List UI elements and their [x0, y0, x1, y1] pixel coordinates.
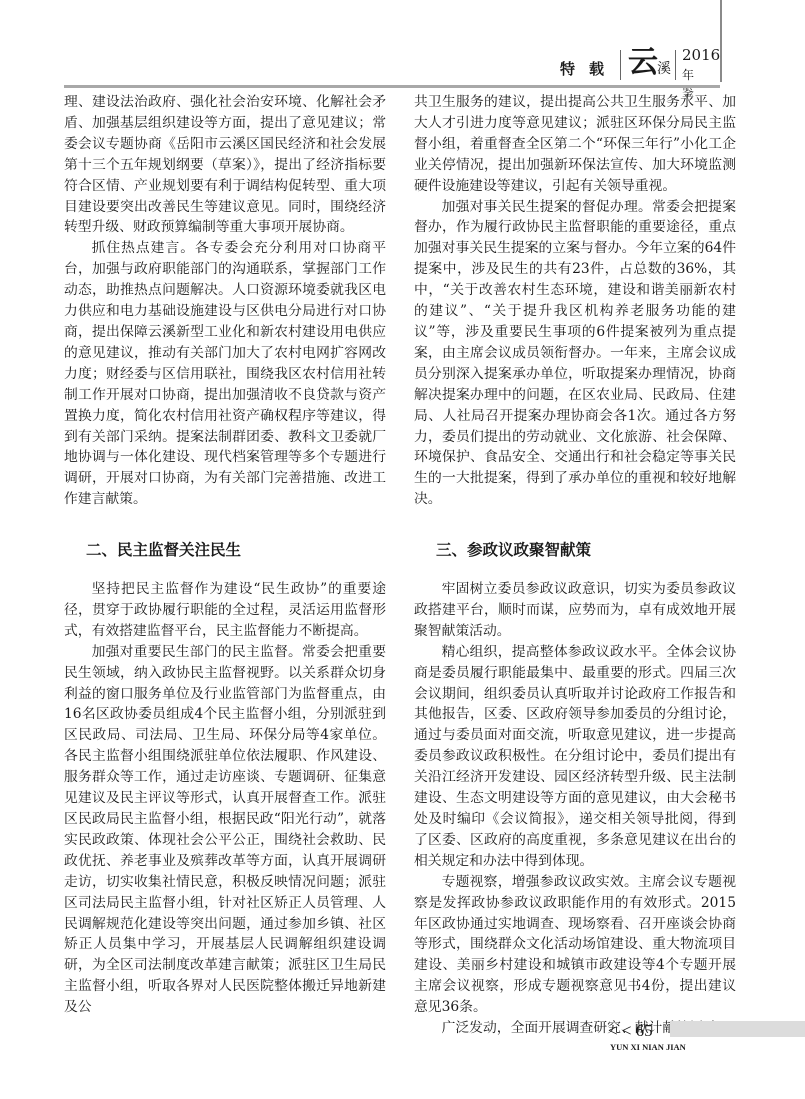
paragraph: 共卫生服务的建议，提出提高公共卫生服务水平、加大人才引进力度等意见建议；派驻区环…	[414, 92, 736, 197]
paragraph: 加强对事关民生提案的督促办理。常委会把提案督办，作为履行政协民主监督职能的重要途…	[414, 197, 736, 511]
running-header: 特载 云 溪 2016 年鉴	[540, 40, 720, 84]
header-section-label: 特载	[560, 58, 618, 79]
footer-subtitle: YUN XI NIAN JIAN	[610, 1042, 686, 1052]
paragraph: 精心组织，提高整体参政议政水平。全体会议协商是委员履行职能最集中、最重要的形式。…	[414, 642, 736, 872]
right-column: 共卫生服务的建议，提出提高公共卫生服务水平、加大人才引进力度等意见建议；派驻区环…	[414, 92, 736, 1039]
paragraph: 牢固树立委员参政议政意识，切实为委员参政议政搭建平台，顺时而谋，应势而为，卓有成…	[414, 579, 736, 642]
header-brand-big: 云	[628, 46, 658, 80]
header-vertical-rule	[720, 0, 722, 82]
paragraph: 抓住热点建言。各专委会充分利用对口协商平台，加强与政府职能部门的沟通联系，掌握部…	[64, 238, 386, 510]
header-divider	[675, 50, 676, 80]
left-column: 理、建设法治政府、强化社会治安环境、化解社会矛盾、加强基层组织建设等方面，提出了…	[64, 92, 386, 1018]
page-footer: < < 65	[608, 1021, 653, 1041]
header-divider	[620, 50, 621, 80]
section-heading: 二、民主监督关注民生	[64, 540, 386, 561]
section-heading: 三、参政议政聚智献策	[414, 540, 736, 561]
paragraph: 专题视察，增强参政议政实效。主席会议专题视察是发挥政协参政议政职能作用的有效形式…	[414, 872, 736, 1018]
header-horizontal-rule	[64, 85, 720, 88]
page-number: < < 65	[608, 1021, 653, 1040]
paragraph: 理、建设法治政府、强化社会治安环境、化解社会矛盾、加强基层组织建设等方面，提出了…	[64, 92, 386, 238]
header-year: 2016	[682, 46, 720, 64]
header-brand-small: 溪	[657, 58, 671, 78]
footer-bar	[670, 1021, 805, 1037]
paragraph: 加强对重要民生部门的民主监督。常委会把重要民生领域，纳入政协民主监督视野。以关系…	[64, 642, 386, 1018]
paragraph: 坚持把民主监督作为建设“民生政协”的重要途径，贯穿于政协履行职能的全过程，灵活运…	[64, 579, 386, 642]
